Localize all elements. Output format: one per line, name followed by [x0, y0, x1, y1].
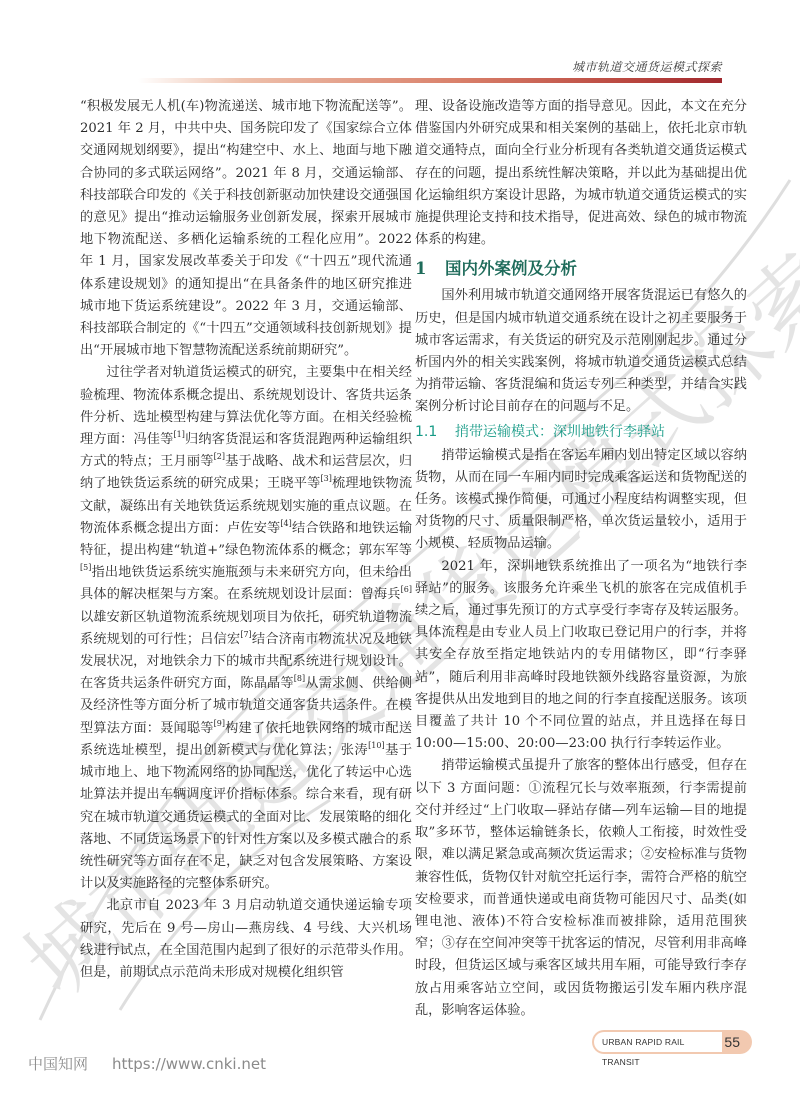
paragraph-literature-review: 过往学者对轨道货运模式的研究，主要集中在相关经验梳理、物流体系概念提出、系统规划…: [80, 362, 412, 895]
citation-10[interactable]: [10]: [368, 741, 384, 750]
citation-6[interactable]: [6]: [401, 585, 412, 594]
paragraph-policy-background: “积极发展无人机(车)物流递送、城市地下物流配送等”。2021 年 2 月，中共…: [80, 96, 412, 362]
left-column: “积极发展无人机(车)物流递送、城市地下物流配送等”。2021 年 2 月，中共…: [80, 96, 412, 984]
section-title: 国内外案例及分析: [445, 259, 577, 278]
paragraph-case-overview: 国外利用城市轨道交通网络开展客货混运已有悠久的历史，但是国内城市轨道交通系统在设…: [415, 285, 747, 418]
citation-3[interactable]: [3]: [321, 474, 332, 483]
citation-1[interactable]: [1]: [174, 430, 185, 439]
text-segment: 基于城市地上、地下物流网络的协同配送，优化了转运中心选址算法并提出车辆调度评价指…: [80, 743, 412, 891]
citation-8[interactable]: [8]: [294, 674, 305, 683]
header-gradient-rule: [138, 78, 722, 83]
citation-5[interactable]: [5]: [80, 563, 91, 572]
paragraph-research-aim: 理、设备设施改造等方面的指导意见。因此，本文在充分借鉴国内外研究成果和相关案例的…: [415, 96, 747, 251]
paragraph-shenzhen-luggage-station: 2021 年，深圳地铁系统推出了一项名为“地铁行李驿站”的服务。该服务允许乘坐飞…: [415, 556, 747, 756]
citation-2[interactable]: [2]: [214, 452, 225, 461]
section-heading-1: 1国内外案例及分析: [415, 257, 747, 281]
section-heading-1-1: 1.1捎带运输模式：深圳地铁行李驿站: [415, 421, 747, 443]
cnki-url-link[interactable]: https://www.cnki.net: [112, 1055, 266, 1073]
journal-footer-badge: URBAN RAPID RAIL TRANSIT 55: [592, 1030, 752, 1054]
section-number: 1: [415, 257, 445, 281]
paragraph-piggyback-problems: 捎带运输模式虽提升了旅客的整体出行感受，但存在以下 3 方面问题：①流程冗长与效…: [415, 755, 747, 1021]
paragraph-beijing-pilot: 北京市自 2023 年 3 月启动轨道交通快递运输专项研究，先后在 9 号—房山…: [80, 895, 412, 984]
paragraph-piggyback-definition: 捎带运输模式是指在客运车厢内划出特定区域以容纳货物，从而在同一车厢内同时完成乘客…: [415, 445, 747, 556]
page-number: 55: [724, 1030, 740, 1054]
subsection-title: 捎带运输模式：深圳地铁行李驿站: [455, 424, 665, 440]
citation-9[interactable]: [9]: [214, 719, 225, 728]
citation-4[interactable]: [4]: [280, 519, 291, 528]
cnki-label: 中国知网: [28, 1055, 88, 1073]
source-footer: 中国知网https://www.cnki.net: [28, 1053, 266, 1074]
citation-7[interactable]: [7]: [240, 630, 251, 639]
subsection-number: 1.1: [415, 421, 455, 443]
right-column: 理、设备设施改造等方面的指导意见。因此，本文在充分借鉴国内外研究成果和相关案例的…: [415, 96, 747, 1022]
journal-name: URBAN RAPID RAIL TRANSIT: [594, 1032, 722, 1052]
running-head-title: 城市轨道交通货运模式探索: [572, 58, 722, 75]
text-segment: 指出地铁货运系统实施瓶颈与未来研究方向，但未给出具体的解决框架与方案。在系统规划…: [80, 565, 412, 602]
